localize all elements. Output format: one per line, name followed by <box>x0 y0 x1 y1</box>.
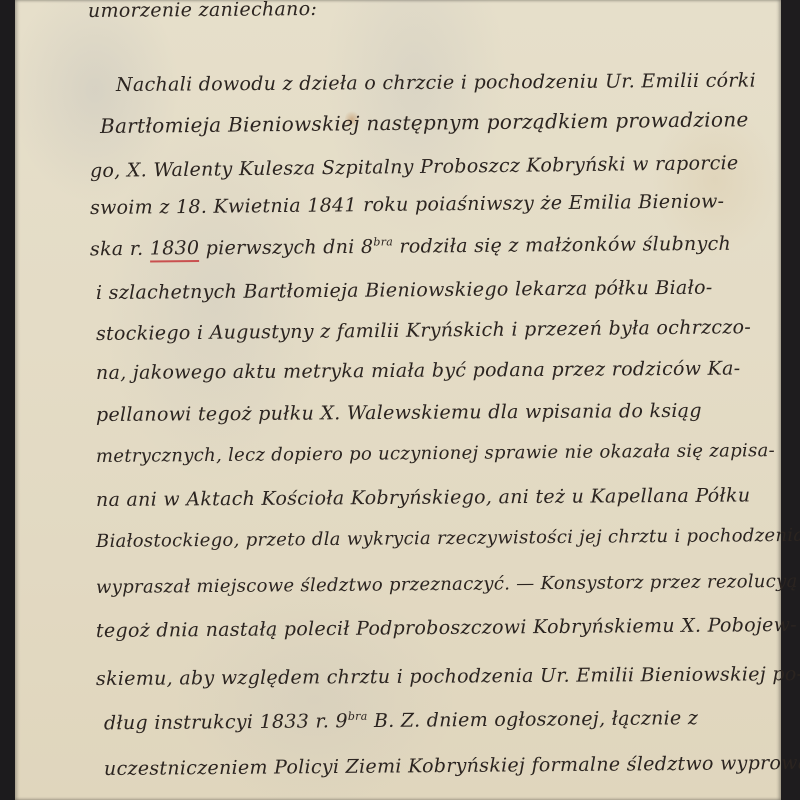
manuscript-line-12: na ani w Aktach Kościoła Kobryńskiego, a… <box>96 484 750 511</box>
manuscript-line-9: na, jakowego aktu metryka miała być poda… <box>96 358 741 384</box>
line-text: pierwszych dni 8 <box>199 236 373 260</box>
highlighted-year: 1830 <box>150 237 200 262</box>
manuscript-line-10: pellanowi tegoż pułku X. Walewskiemu dla… <box>96 400 702 426</box>
superscript-text: bra <box>373 235 393 248</box>
line-text: rodziła się z małżonków ślubnych <box>393 233 731 258</box>
line-text: dług instrukcyi 1833 r. 9 <box>104 710 348 734</box>
manuscript-line-2: Nachali dowodu z dzieła o chrzcie i poch… <box>116 70 756 96</box>
line-text: ska r. <box>90 238 150 261</box>
year-text: 1841 <box>307 194 357 217</box>
line-text: umorzenie zaniechano: <box>88 0 317 22</box>
line-text: roku poiaśniwszy że Emilia Bieniow- <box>357 190 725 216</box>
line-text: na ani w Aktach Kościoła Kobryńskiego, a… <box>96 484 750 511</box>
line-text: na, jakowego aktu metryka miała być poda… <box>96 358 741 384</box>
line-text: pellanowi tegoż pułku X. Walewskiemu dla… <box>96 400 702 426</box>
superscript-text: bra <box>348 710 368 723</box>
line-text: swoim z 18. Kwietnia <box>90 195 308 219</box>
manuscript-line-1: umorzenie zaniechano: <box>88 0 317 22</box>
line-text: B. Z. dniem ogłoszonej, łącznie z <box>368 707 699 732</box>
line-text: Nachali dowodu z dzieła o chrzcie i poch… <box>116 70 756 96</box>
scan-border-left <box>0 0 15 800</box>
